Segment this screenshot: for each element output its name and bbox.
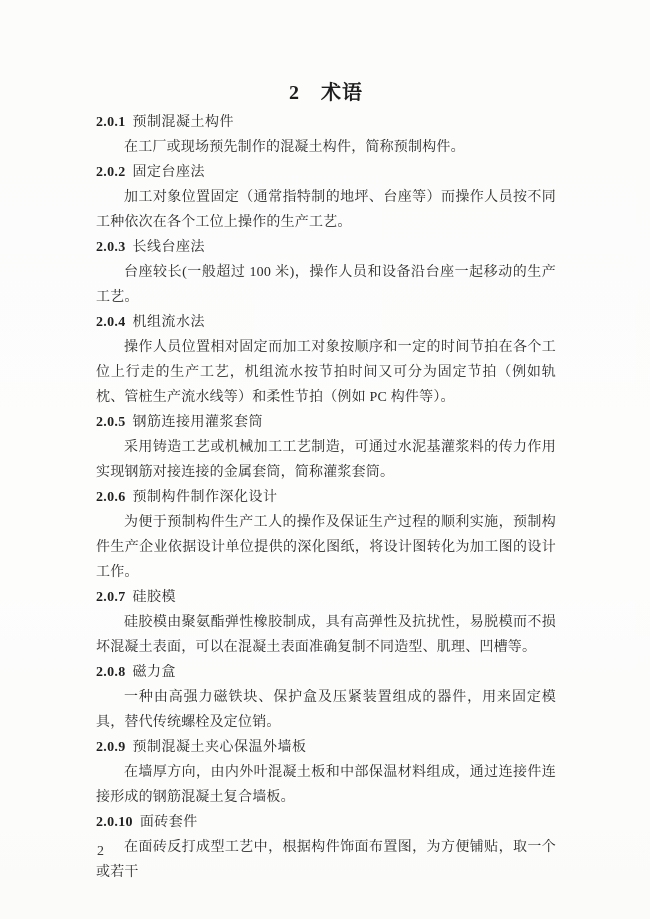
term-number: 2.0.6 — [96, 490, 126, 505]
term-name: 磁力盒 — [133, 665, 177, 680]
term-name: 长线台座法 — [133, 240, 206, 255]
term-heading: 2.0.6预制构件制作深化设计 — [96, 485, 556, 510]
term-number: 2.0.10 — [96, 815, 133, 830]
term-heading: 2.0.4机组流水法 — [96, 310, 556, 335]
term-heading: 2.0.3长线台座法 — [96, 235, 556, 260]
term-definition: 硅胶模由聚氨酯弹性橡胶制成，具有高弹性及抗扰性，易脱模而不损坏混凝土表面，可以在… — [96, 610, 556, 660]
term-number: 2.0.9 — [96, 740, 126, 755]
term-number: 2.0.2 — [96, 165, 126, 180]
term-definition: 加工对象位置固定（通常指特制的地坪、台座等）而操作人员按不同工种依次在各个工位上… — [96, 185, 556, 235]
term-name: 钢筋连接用灌浆套筒 — [133, 415, 264, 430]
term-name: 硅胶模 — [133, 590, 177, 605]
term-name: 预制构件制作深化设计 — [133, 490, 278, 505]
term-number: 2.0.8 — [96, 665, 126, 680]
term-heading: 2.0.5钢筋连接用灌浆套筒 — [96, 410, 556, 435]
term-heading: 2.0.1预制混凝土构件 — [96, 110, 556, 135]
term-definition: 在面砖反打成型工艺中，根据构件饰面布置图，为方便铺贴，取一个或若干 — [96, 835, 556, 885]
term-name: 预制混凝土构件 — [133, 115, 235, 130]
term-number: 2.0.5 — [96, 415, 126, 430]
term-number: 2.0.3 — [96, 240, 126, 255]
term-heading: 2.0.9预制混凝土夹心保温外墙板 — [96, 735, 556, 760]
term-name: 机组流水法 — [133, 315, 206, 330]
term-definition: 为便于预制构件生产工人的操作及保证生产过程的顺利实施，预制构件生产企业依据设计单… — [96, 510, 556, 585]
term-definition: 在工厂或现场预先制作的混凝土构件，简称预制构件。 — [96, 135, 556, 160]
term-definition: 操作人员位置相对固定而加工对象按顺序和一定的时间节拍在各个工位上行走的生产工艺，… — [96, 335, 556, 410]
term-definition: 在墙厚方向，由内外叶混凝土板和中部保温材料组成，通过连接件连接形成的钢筋混凝土复… — [96, 760, 556, 810]
document-page: 2 术语 2.0.1预制混凝土构件 在工厂或现场预先制作的混凝土构件，简称预制构… — [0, 0, 650, 919]
term-name: 预制混凝土夹心保温外墙板 — [133, 740, 307, 755]
term-name: 固定台座法 — [133, 165, 206, 180]
term-heading: 2.0.8磁力盒 — [96, 660, 556, 685]
term-definition: 台座较长(一般超过 100 米)，操作人员和设备沿台座一起移动的生产工艺。 — [96, 260, 556, 310]
terminology-content: 2.0.1预制混凝土构件 在工厂或现场预先制作的混凝土构件，简称预制构件。 2.… — [96, 110, 556, 885]
term-number: 2.0.4 — [96, 315, 126, 330]
term-heading: 2.0.2固定台座法 — [96, 160, 556, 185]
term-definition: 一种由高强力磁铁块、保护盒及压紧装置组成的器件，用来固定模具，替代传统螺栓及定位… — [96, 685, 556, 735]
term-number: 2.0.1 — [96, 115, 126, 130]
term-number: 2.0.7 — [96, 590, 126, 605]
term-name: 面砖套件 — [140, 815, 198, 830]
page-title: 2 术语 — [96, 76, 556, 105]
page-number: 2 — [97, 844, 104, 860]
term-definition: 采用铸造工艺或机械加工工艺制造，可通过水泥基灌浆料的传力作用实现钢筋对接连接的金… — [96, 435, 556, 485]
term-heading: 2.0.7硅胶模 — [96, 585, 556, 610]
term-heading: 2.0.10面砖套件 — [96, 810, 556, 835]
